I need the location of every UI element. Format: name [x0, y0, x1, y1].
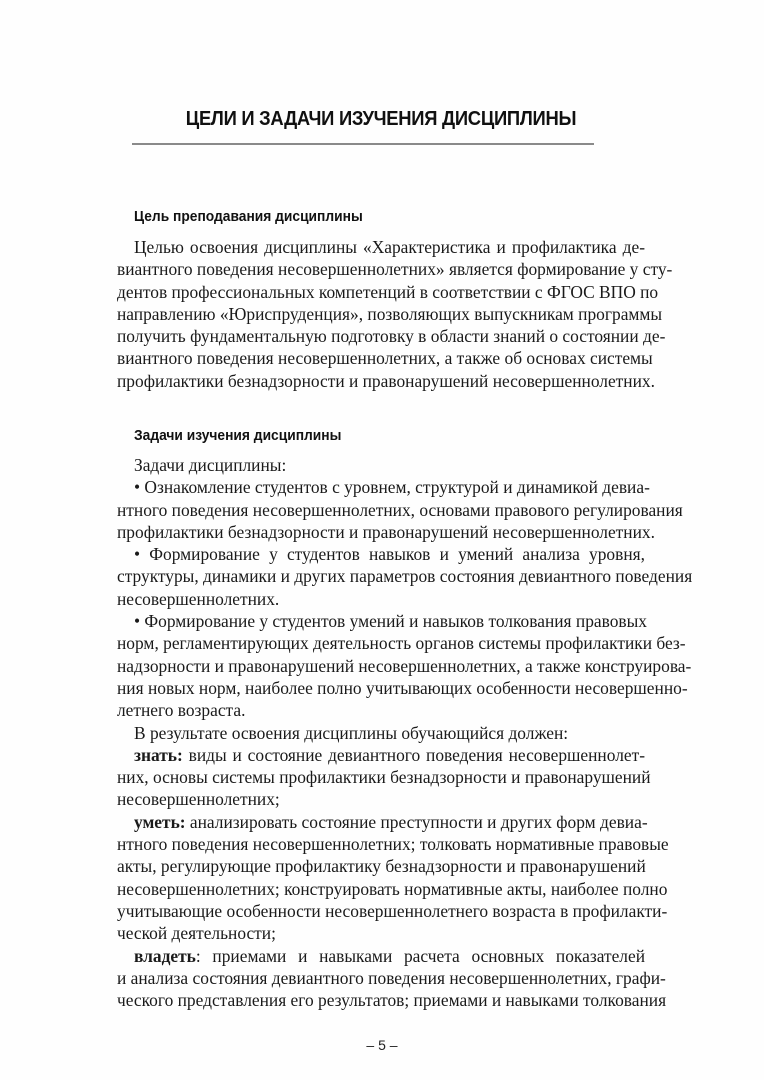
know-label: знать: — [134, 745, 183, 765]
bullet-line: надзорности и правонарушений несовершенн… — [117, 655, 645, 677]
bullet-line: • Формирование у студентов навыков и уме… — [117, 543, 645, 565]
own-line: и анализа состояния девиантного поведени… — [117, 967, 645, 989]
bullet-line: • Ознакомление студентов с уровнем, стру… — [117, 476, 645, 498]
can-line: уметь: анализировать состояние преступно… — [117, 811, 645, 833]
tasks-intro: Задачи дисциплины: — [117, 454, 645, 476]
text-line: виантного поведения несовершеннолетних» … — [117, 258, 645, 280]
text-line: профилактики безнадзорности и правонаруш… — [117, 370, 645, 392]
bullet-line: структуры, динамики и других параметров … — [117, 565, 645, 587]
can-line: несовершеннолетних; конструировать норма… — [117, 878, 645, 900]
bullet-line: профилактики безнадзорности и правонаруш… — [117, 521, 645, 543]
own-text: : приемами и навыками расчета основных п… — [196, 946, 645, 966]
can-line: ческой деятельности; — [117, 922, 645, 944]
text-line: Целью освоения дисциплины «Характеристик… — [117, 236, 645, 258]
document-page: ЦЕЛИ И ЗАДАЧИ ИЗУЧЕНИЯ ДИСЦИПЛИНЫ Цель п… — [0, 0, 764, 1080]
can-line: учитывающие особенности несовершеннолетн… — [117, 900, 645, 922]
section-heading-tasks: Задачи изучения дисциплины — [134, 427, 341, 444]
know-line: знать: виды и состояние девиантного пове… — [117, 744, 645, 766]
text-line: направлению «Юриспруденция», позволяющих… — [117, 303, 645, 325]
own-line: ческого представления его результатов; п… — [117, 989, 645, 1011]
can-text: анализировать состояние преступности и д… — [186, 812, 648, 832]
section-heading-goal: Цель преподавания дисциплины — [134, 208, 363, 225]
text-line: дентов профессиональных компетенций в со… — [117, 281, 645, 303]
text-line: виантного поведения несовершеннолетних, … — [117, 347, 645, 369]
can-line: акты, регулирующие профилактику безнадзо… — [117, 855, 645, 877]
own-label: владеть — [134, 946, 196, 966]
can-line: нтного поведения несовершеннолетних; тол… — [117, 833, 645, 855]
bullet-line: нтного поведения несовершеннолетних, осн… — [117, 499, 645, 521]
bullet-line: норм, регламентирующих деятельность орга… — [117, 632, 645, 654]
know-text: виды и состояние девиантного поведения н… — [183, 745, 645, 765]
text-line: получить фундаментальную подготовку в об… — [117, 325, 645, 347]
bullet-line: несовершеннолетних. — [117, 588, 645, 610]
own-line: владеть: приемами и навыками расчета осн… — [117, 945, 645, 967]
bullet-line: • Формирование у студентов умений и навы… — [117, 610, 645, 632]
bullet-line: летнего возраста. — [117, 699, 645, 721]
page-title: ЦЕЛИ И ЗАДАЧИ ИЗУЧЕНИЯ ДИСЦИПЛИНЫ — [138, 108, 624, 131]
bullet-line: ния новых норм, наиболее полно учитывающ… — [117, 677, 645, 699]
can-label: уметь: — [134, 812, 186, 832]
know-line: них, основы системы профилактики безнадз… — [117, 766, 645, 788]
tasks-content: Задачи дисциплины: • Ознакомление студен… — [117, 454, 645, 1011]
title-divider — [132, 143, 594, 145]
result-intro: В результате освоения дисциплины обучающ… — [117, 722, 645, 744]
goal-paragraph: Целью освоения дисциплины «Характеристик… — [117, 236, 645, 392]
page-number: – 5 – — [0, 1037, 764, 1053]
know-line: несовершеннолетних; — [117, 788, 645, 810]
